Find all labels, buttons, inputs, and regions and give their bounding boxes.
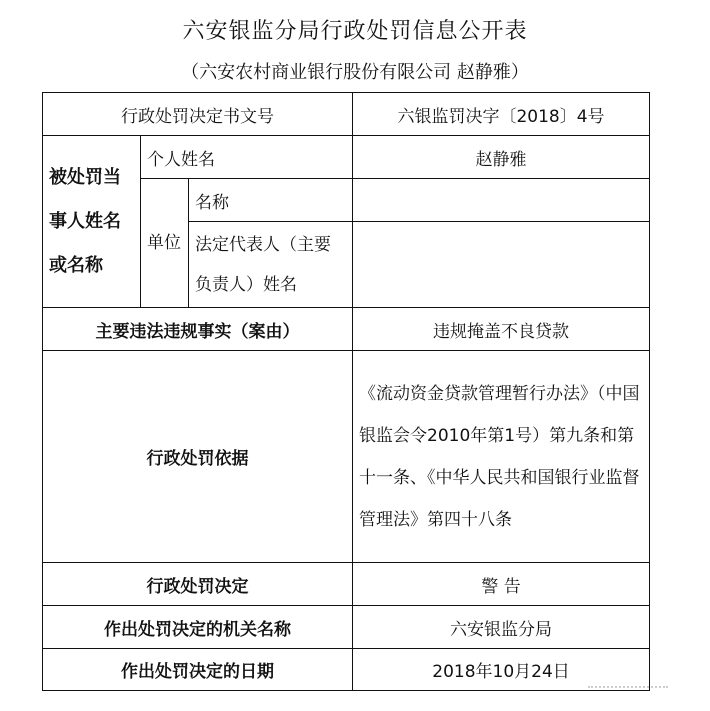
page-title: 六安银监分局行政处罚信息公开表 [0,14,710,45]
page-subtitle: （六安农村商业银行股份有限公司 赵静雅） [0,58,710,84]
table-row: 作出处罚决定的机关名称 六安银监分局 [43,606,650,649]
legal-rep-value [353,222,650,308]
date-value: 2018年10月24日 [353,649,650,691]
unit-label: 单位 [141,179,189,308]
individual-name-value: 赵静雅 [353,136,650,179]
table-row: 行政处罚决定书文号 六银监罚决字〔2018〕4号 [43,93,650,136]
basis-label: 行政处罚依据 [43,351,353,563]
unit-name-label: 名称 [189,179,353,222]
table-row: 主要违法违规事实（案由） 违规掩盖不良贷款 [43,308,650,351]
date-label: 作出处罚决定的日期 [43,649,353,691]
facts-label: 主要违法违规事实（案由） [43,308,353,351]
individual-name-label: 个人姓名 [141,136,353,179]
basis-value: 《流动资金贷款管理暂行办法》（中国银监会令2010年第1号）第九条和第十一条、《… [353,351,650,563]
authority-label: 作出处罚决定的机关名称 [43,606,353,649]
facts-value: 违规掩盖不良贷款 [353,308,650,351]
doc-number-label: 行政处罚决定书文号 [43,93,353,136]
unit-name-value [353,179,650,222]
party-group-label: 被处罚当事人姓名或名称 [43,136,141,308]
table-row: 作出处罚决定的日期 2018年10月24日 [43,649,650,691]
table-row: 行政处罚决定 警 告 [43,563,650,606]
penalty-info-table: 行政处罚决定书文号 六银监罚决字〔2018〕4号 被处罚当事人姓名或名称 个人姓… [42,92,650,691]
legal-rep-label: 法定代表人（主要负责人）姓名 [189,222,353,308]
table-row: 行政处罚依据 《流动资金贷款管理暂行办法》（中国银监会令2010年第1号）第九条… [43,351,650,563]
authority-value: 六安银监分局 [353,606,650,649]
doc-number-value: 六银监罚决字〔2018〕4号 [353,93,650,136]
decision-value: 警 告 [353,563,650,606]
decision-label: 行政处罚决定 [43,563,353,606]
watermark [588,686,668,692]
table-row: 被处罚当事人姓名或名称 个人姓名 赵静雅 [43,136,650,179]
